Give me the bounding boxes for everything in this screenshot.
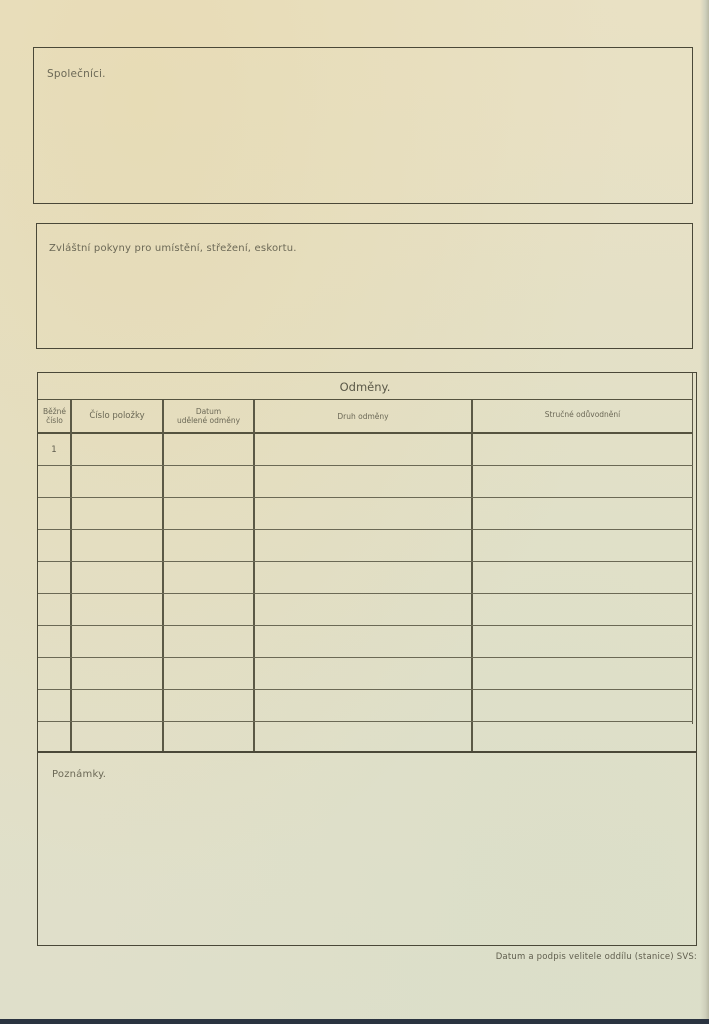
paper-edge-right	[700, 0, 709, 1024]
special-instructions-box[interactable]: Zvláštní pokyny pro umístění, střežení, …	[36, 223, 693, 349]
col-divider-right	[692, 373, 693, 724]
table-row-1-seq: 1	[38, 434, 70, 465]
table-row-4[interactable]	[38, 530, 692, 561]
table-row-9[interactable]	[38, 690, 692, 721]
table-bottom-line	[38, 751, 696, 753]
col-header-date-awarded: Datum udělené odměny	[163, 400, 254, 432]
table-row-2[interactable]	[38, 466, 692, 497]
col-header-brief-justification: Stručné odůvodnění	[472, 400, 693, 428]
commander-signature-label: Datum a podpis velitele oddílu (stanice)…	[496, 952, 697, 962]
partners-label: Společníci.	[47, 68, 106, 80]
rewards-table-title: Odměny.	[38, 373, 692, 400]
special-instructions-label: Zvláštní pokyny pro umístění, střežení, …	[49, 243, 297, 254]
table-row-8[interactable]	[38, 658, 692, 689]
notes-area[interactable]: Poznámky.	[38, 754, 696, 945]
table-row-1-type[interactable]	[255, 434, 471, 465]
scan-bottom-edge	[0, 1019, 709, 1024]
table-row-1-item[interactable]	[72, 434, 162, 465]
table-row-6[interactable]	[38, 594, 692, 625]
table-row-1-reason[interactable]	[473, 434, 692, 465]
col-header-item-number: Číslo položky	[71, 400, 163, 432]
table-row-5[interactable]	[38, 562, 692, 593]
rewards-and-notes-box: Odměny. Běžné číslo Číslo položky Datum …	[37, 372, 697, 946]
table-row-3[interactable]	[38, 498, 692, 529]
table-row-10[interactable]	[38, 722, 692, 751]
col-header-reward-type: Druh odměny	[254, 400, 472, 432]
notes-label: Poznámky.	[52, 769, 106, 780]
partners-box[interactable]: Společníci.	[33, 47, 693, 204]
table-row-1-date[interactable]	[164, 434, 253, 465]
col-header-seq: Běžné číslo	[38, 400, 71, 432]
table-row-7[interactable]	[38, 626, 692, 657]
